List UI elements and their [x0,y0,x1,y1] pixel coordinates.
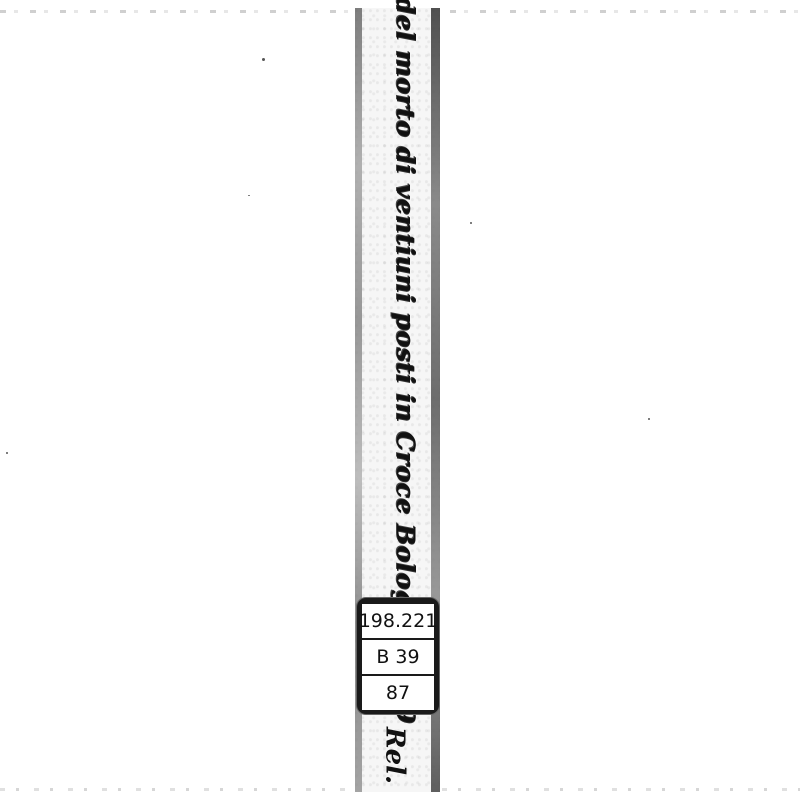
spine-title: Relat. del morto di ventiuni posti in Cr… [375,8,420,598]
spine-foot: Rel. [367,723,422,788]
shelf-mark-line-2: B 39 [362,640,434,674]
shelf-mark-label: 198.221 B 39 87 [356,597,440,715]
shelf-mark-line-1: 198.221 [362,604,434,638]
spine-foot-text: Rel. [380,727,410,784]
shelf-mark-line-3: 87 [362,676,434,710]
scanned-page: Relat. del morto di ventiuni posti in Cr… [0,0,800,800]
